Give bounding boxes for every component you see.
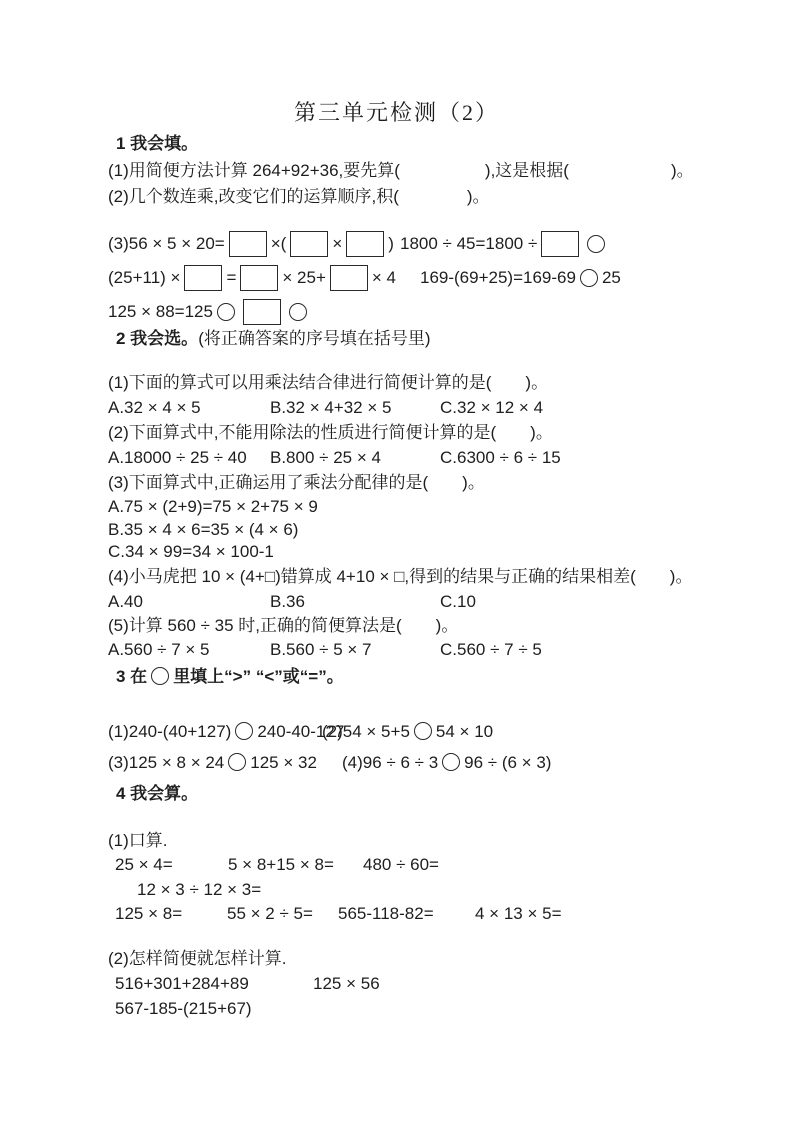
section2-heading: 2 我会选。(将正确答案的序号填在括号里) [116,327,431,351]
worksheet-page: 第三单元检测（2） 1 我会填。 (1)用简便方法计算 264+92+36,要先… [0,0,793,1122]
fill-r2-right-num: 25 [602,266,621,290]
q1-fill-row1: (3)56 × 5 × 20=×(×) 1800 ÷ 45=1800 ÷ [108,228,793,260]
comparison-circle [587,235,605,253]
comparison-circle [217,303,235,321]
fill-r2-end: × 4 [372,266,396,290]
q2-choice-3c: C.34 × 99=34 × 100-1 [108,540,274,564]
q2-choices-1: A.32 × 4 × 5B.32 × 4+32 × 5C.32 × 12 × 4 [108,396,543,420]
q1-fill-row3: 125 × 88=125 [108,296,311,328]
comparison-circle [442,753,460,771]
q2-choice-3a: A.75 × (2+9)=75 × 2+75 × 9 [108,495,318,519]
section1-heading: 1 我会填。 [116,132,198,156]
answer-box [184,265,222,291]
q3-pair-left: (4)96 ÷ 6 ÷ 3 [342,753,438,772]
choice-c: C.6300 ÷ 6 ÷ 15 [440,446,561,470]
fill-r1-close: ) [388,232,394,256]
section3-heading: 3 在里填上“>” “<”或“=”。 [116,665,344,689]
q2-stem-4: (4)小马虎把 10 × (4+□)错算成 4+10 × □,得到的结果与正确的… [108,565,692,589]
choice-c: C.560 ÷ 7 ÷ 5 [440,638,542,662]
q3-pair-right: 96 ÷ (6 × 3) [464,753,551,772]
q4-oral-row3: 125 × 8=55 × 2 ÷ 5=565-118-82=4 × 13 × 5… [115,902,562,926]
q2-choices-2: A.18000 ÷ 25 ÷ 40B.800 ÷ 25 × 4C.6300 ÷ … [108,446,561,470]
fill-r3-pre: 125 × 88=125 [108,300,213,324]
q3-row1: (1)240-(40+127)240-40-127 (2)54 × 5+554 … [108,720,793,744]
q4-sub1: (1)口算. [108,829,168,853]
section2-heading-text: 2 我会选。 [116,329,198,348]
section2-heading-note: (将正确答案的序号填在括号里) [198,329,430,348]
oral-item: 5 × 8+15 × 8= [228,853,363,877]
comparison-circle [151,667,169,685]
q1-line2: (2)几个数连乘,改变它们的运算顺序,积( )。 [108,185,490,209]
fill-r2-mid: × 25+ [282,266,326,290]
comparison-circle [289,303,307,321]
q2-stem-1: (1)下面的算式可以用乘法结合律进行简便计算的是( )。 [108,371,548,395]
q4-oral-row1: 25 × 4=5 × 8+15 × 8=480 ÷ 60= [115,853,439,877]
comparison-circle [580,269,598,287]
section3-heading-post: 里填上“>” “<”或“=”。 [173,667,344,686]
q3-pair4: (4)96 ÷ 6 ÷ 396 ÷ (6 × 3) [342,751,551,775]
choice-b: B.36 [270,590,440,614]
q2-stem-2: (2)下面算式中,不能用除法的性质进行简便计算的是( )。 [108,421,553,445]
fill-r1-mid2: × [332,232,342,256]
q3-pair2: (2)54 × 5+554 × 10 [322,720,493,744]
answer-box [243,299,281,325]
oral-item: 565-118-82= [338,902,475,926]
fill-r1-pre: (3)56 × 5 × 20= [108,232,225,256]
q3-pair-left: (2)54 × 5+5 [322,722,410,741]
fill-r1-right-text: 1800 ÷ 45=1800 ÷ [400,232,537,256]
choice-c: C.32 × 12 × 4 [440,396,543,420]
answer-box [240,265,278,291]
comparison-circle [235,722,253,740]
choice-a: A.32 × 4 × 5 [108,396,270,420]
q1-line1: (1)用简便方法计算 264+92+36,要先算( ),这是根据( )。 [108,159,694,183]
choice-b: B.560 ÷ 5 × 7 [270,638,440,662]
oral-item: 25 × 4= [115,853,228,877]
fill-r2-right-text: 169-(69+25)=169-69 [420,266,576,290]
oral-item: 4 × 13 × 5= [475,904,562,923]
oral-item: 480 ÷ 60= [363,855,439,874]
section4-heading: 4 我会算。 [116,782,198,806]
q4-calc-row2: 567-185-(215+67) [115,997,252,1021]
choice-c: C.10 [440,590,476,614]
answer-box [229,231,267,257]
q3-pair-right: 125 × 32 [250,753,317,772]
comparison-circle [228,753,246,771]
comparison-circle [414,722,432,740]
choice-a: A.18000 ÷ 25 ÷ 40 [108,446,270,470]
q4-oral-row2: 12 × 3 ÷ 12 × 3= [137,878,261,902]
q3-pair-left: (3)125 × 8 × 24 [108,753,224,772]
q2-stem-5: (5)计算 560 ÷ 35 时,正确的简便算法是( )。 [108,614,458,638]
choice-b: B.800 ÷ 25 × 4 [270,446,440,470]
choice-b: B.32 × 4+32 × 5 [270,396,440,420]
calc-item: 125 × 56 [313,974,380,993]
fill-r2-pre: (25+11) × [108,266,180,290]
page-title: 第三单元检测（2） [0,96,793,127]
q2-choice-3b: B.35 × 4 × 6=35 × (4 × 6) [108,518,298,542]
q3-row2: (3)125 × 8 × 24125 × 32 (4)96 ÷ 6 ÷ 396 … [108,751,793,775]
choice-a: A.40 [108,590,270,614]
q4-calc-row1: 516+301+284+89125 × 56 [115,972,380,996]
answer-box [330,265,368,291]
section3-heading-pre: 3 在 [116,667,147,686]
q1-fill-row2-right: 169-(69+25)=169-6925 [420,262,621,294]
q2-stem-3: (3)下面算式中,正确运用了乘法分配律的是( )。 [108,471,485,495]
answer-box [541,231,579,257]
fill-r1-mid1: ×( [271,232,287,256]
answer-box [290,231,328,257]
q3-pair-left: (1)240-(40+127) [108,722,231,741]
q3-pair-right: 54 × 10 [436,722,493,741]
q2-choices-5: A.560 ÷ 7 × 5B.560 ÷ 5 × 7C.560 ÷ 7 ÷ 5 [108,638,542,662]
q2-choices-4: A.40B.36C.10 [108,590,476,614]
q4-sub2: (2)怎样简便就怎样计算. [108,947,287,971]
oral-item: 55 × 2 ÷ 5= [227,902,338,926]
q1-fill-row2: (25+11) ×=× 25+× 4 169-(69+25)=169-6925 [108,262,793,294]
fill-r2-eq: = [226,266,236,290]
q1-fill-row1-right: 1800 ÷ 45=1800 ÷ [400,228,609,260]
calc-item: 516+301+284+89 [115,972,313,996]
answer-box [346,231,384,257]
choice-a: A.560 ÷ 7 × 5 [108,638,270,662]
oral-item: 125 × 8= [115,902,227,926]
